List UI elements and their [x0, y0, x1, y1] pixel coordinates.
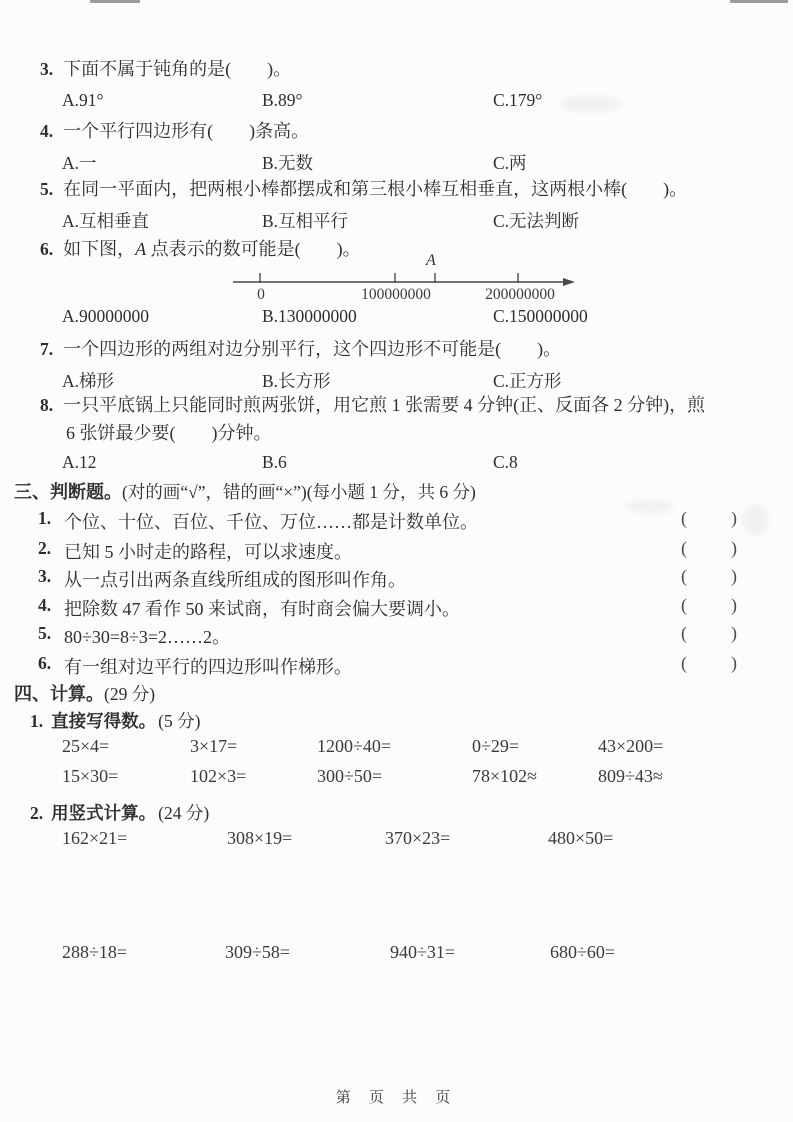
- judgment-item-5: 5. 80÷30=8÷3=2……2。 ( ): [0, 623, 793, 647]
- calc-expression: 309÷58=: [225, 942, 290, 963]
- question-4-stem: 4.一个平行四边形有( )条高。: [40, 120, 309, 142]
- question-7-options: A.梯形 B.长方形 C.正方形: [0, 368, 793, 390]
- calc-section-heading: 四、计算。(29 分): [14, 680, 155, 706]
- direct-calc-row-1: 25×4= 3×17= 1200÷40= 0÷29= 43×200=: [0, 736, 793, 760]
- sub-number: 1.: [30, 711, 43, 731]
- judgment-item-2: 2. 已知 5 小时走的路程，可以求速度。 ( ): [0, 538, 793, 562]
- section-number: 四、: [14, 684, 50, 704]
- option-c: C.两: [493, 150, 527, 175]
- question-7-stem: 7.一个四边形的两组对边分别平行，这个四边形不可能是( )。: [40, 338, 561, 360]
- calc-expression: 940÷31=: [390, 942, 455, 963]
- calc-expression: 300÷50=: [317, 766, 382, 787]
- question-text: 下面不属于钝角的是( )。: [63, 59, 291, 79]
- calc-sub1-heading: 1.直接写得数。(5 分): [30, 708, 200, 733]
- question-text: 在同一平面内，把两根小棒都摆成和第三根小棒互相垂直，这两根小棒( )。: [63, 179, 687, 199]
- answer-paren-open: (: [681, 623, 687, 644]
- option-b: B.6: [262, 452, 287, 473]
- section-title: 计算。: [50, 684, 104, 704]
- tick-label-0: 0: [257, 286, 265, 304]
- section-number: 三、: [14, 482, 50, 502]
- calc-expression: 308×19=: [227, 828, 292, 849]
- calc-expression: 15×30=: [62, 766, 118, 787]
- question-8-options: A.12 B.6 C.8: [0, 452, 793, 474]
- option-b: B.89°: [262, 90, 303, 111]
- scan-artifact: [730, 0, 788, 3]
- item-text: 个位、十位、百位、千位、万位……都是计数单位。: [64, 508, 478, 534]
- item-text: 已知 5 小时走的路程，可以求速度。: [64, 538, 352, 564]
- answer-paren-close: ): [731, 623, 737, 644]
- answer-paren-close: ): [731, 653, 737, 674]
- tick-label-100m: 100000000: [361, 286, 431, 304]
- calc-sub2-heading: 2.用竖式计算。(24 分): [30, 800, 209, 825]
- option-c: C.8: [493, 452, 518, 473]
- question-text: 6 张饼最少要( )分钟。: [66, 423, 272, 443]
- question-3-options: A.91° B.89° C.179°: [0, 90, 793, 112]
- tick-label-200m: 200000000: [485, 286, 555, 304]
- answer-paren-close: ): [731, 538, 737, 559]
- option-c: C.179°: [493, 90, 542, 111]
- answer-paren-open: (: [681, 653, 687, 674]
- calc-expression: 0÷29=: [472, 736, 519, 757]
- item-number: 1.: [38, 508, 51, 529]
- option-b: B.互相平行: [262, 208, 348, 233]
- option-a: A.梯形: [62, 368, 114, 393]
- sub-number: 2.: [30, 803, 43, 823]
- test-paper-page: 3.下面不属于钝角的是( )。 A.91° B.89° C.179° 4.一个平…: [0, 0, 793, 1122]
- page-footer: 第 页 共 页: [0, 1086, 793, 1107]
- option-b: B.无数: [262, 150, 313, 175]
- question-4-options: A.一 B.无数 C.两: [0, 150, 793, 172]
- sub-title: 用竖式计算。: [51, 803, 156, 823]
- calc-expression: 78×102≈: [472, 766, 537, 787]
- calc-expression: 162×21=: [62, 828, 127, 849]
- scan-artifact: [90, 0, 140, 3]
- answer-paren-close: ): [731, 508, 737, 529]
- calc-expression: 43×200=: [598, 736, 663, 757]
- item-text: 从一点引出两条直线所组成的图形叫作角。: [64, 566, 406, 592]
- option-c: C.150000000: [493, 306, 588, 327]
- item-text: 80÷30=8÷3=2……2。: [64, 623, 230, 649]
- option-c: C.正方形: [493, 368, 562, 393]
- section-title: 判断题。: [50, 482, 122, 502]
- sub-score: (5 分): [158, 711, 200, 731]
- judgment-item-6: 6. 有一组对边平行的四边形叫作梯形。 ( ): [0, 653, 793, 677]
- calc-expression: 809÷43≈: [598, 766, 663, 787]
- question-8-stem-line2: 6 张饼最少要( )分钟。: [66, 422, 272, 444]
- section-note: (对的画“√”，错的画“×”)(每小题 1 分，共 6 分): [122, 482, 476, 502]
- item-number: 2.: [38, 538, 51, 559]
- option-a: A.90000000: [62, 306, 149, 327]
- calc-expression: 680÷60=: [550, 942, 615, 963]
- calc-expression: 288÷18=: [62, 942, 127, 963]
- calc-expression: 3×17=: [190, 736, 237, 757]
- option-b: B.长方形: [262, 368, 331, 393]
- answer-paren-close: ): [731, 595, 737, 616]
- judgment-item-1: 1. 个位、十位、百位、千位、万位……都是计数单位。 ( ): [0, 508, 793, 532]
- question-6-options: A.90000000 B.130000000 C.150000000: [0, 306, 793, 328]
- question-number: 4.: [40, 121, 53, 141]
- sub-score: (24 分): [158, 803, 209, 823]
- option-a: A.一: [62, 150, 97, 175]
- question-number: 8.: [40, 395, 53, 415]
- question-number: 5.: [40, 179, 53, 199]
- sub-title: 直接写得数。: [51, 711, 156, 731]
- calc-expression: 480×50=: [548, 828, 613, 849]
- item-text: 把除数 47 看作 50 来试商，有时商会偏大要调小。: [64, 595, 460, 621]
- item-number: 6.: [38, 653, 51, 674]
- question-text: 一个四边形的两组对边分别平行，这个四边形不可能是( )。: [63, 339, 561, 359]
- answer-paren-open: (: [681, 508, 687, 529]
- number-line-figure: A 0 100000000 200000000: [0, 248, 793, 306]
- option-a: A.互相垂直: [62, 208, 149, 233]
- item-number: 5.: [38, 623, 51, 644]
- judgment-item-4: 4. 把除数 47 看作 50 来试商，有时商会偏大要调小。 ( ): [0, 595, 793, 619]
- question-5-stem: 5.在同一平面内，把两根小棒都摆成和第三根小棒互相垂直，这两根小棒( )。: [40, 178, 687, 200]
- vertical-calc-row-1: 162×21= 308×19= 370×23= 480×50=: [0, 828, 793, 852]
- option-a: A.91°: [62, 90, 104, 111]
- option-b: B.130000000: [262, 306, 357, 327]
- answer-paren-open: (: [681, 595, 687, 616]
- question-number: 7.: [40, 339, 53, 359]
- question-5-options: A.互相垂直 B.互相平行 C.无法判断: [0, 208, 793, 230]
- item-text: 有一组对边平行的四边形叫作梯形。: [64, 653, 352, 679]
- direct-calc-row-2: 15×30= 102×3= 300÷50= 78×102≈ 809÷43≈: [0, 766, 793, 790]
- answer-paren-open: (: [681, 538, 687, 559]
- judgment-section-heading: 三、判断题。(对的画“√”，错的画“×”)(每小题 1 分，共 6 分): [14, 478, 476, 504]
- calc-expression: 370×23=: [385, 828, 450, 849]
- option-a: A.12: [62, 452, 97, 473]
- answer-paren-close: ): [731, 566, 737, 587]
- question-text: 一只平底锅上只能同时煎两张饼，用它煎 1 张需要 4 分钟(正、反面各 2 分钟…: [63, 395, 705, 415]
- item-number: 3.: [38, 566, 51, 587]
- calc-expression: 102×3=: [190, 766, 246, 787]
- calc-expression: 25×4=: [62, 736, 109, 757]
- item-number: 4.: [38, 595, 51, 616]
- section-score: (29 分): [104, 684, 155, 704]
- question-number: 3.: [40, 59, 53, 79]
- vertical-calc-row-2: 288÷18= 309÷58= 940÷31= 680÷60=: [0, 942, 793, 966]
- calc-expression: 1200÷40=: [317, 736, 391, 757]
- question-3-stem: 3.下面不属于钝角的是( )。: [40, 58, 291, 80]
- answer-paren-open: (: [681, 566, 687, 587]
- option-c: C.无法判断: [493, 208, 579, 233]
- question-text: 一个平行四边形有( )条高。: [63, 121, 309, 141]
- judgment-item-3: 3. 从一点引出两条直线所组成的图形叫作角。 ( ): [0, 566, 793, 590]
- question-8-stem-line1: 8.一只平底锅上只能同时煎两张饼，用它煎 1 张需要 4 分钟(正、反面各 2 …: [40, 394, 705, 416]
